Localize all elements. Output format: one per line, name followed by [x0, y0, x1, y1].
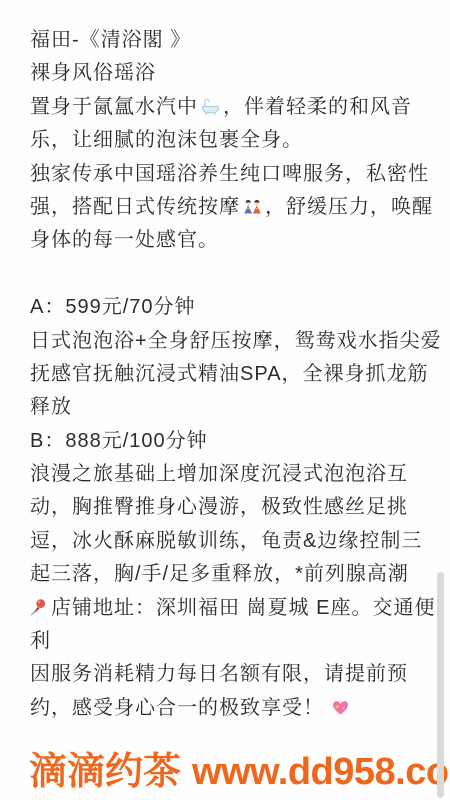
intro-line1-text-pre: 置身于氤氲水汽中 [30, 96, 198, 118]
feature-line2-text-post: ，舒缓压力，唤醒 [265, 196, 433, 218]
plan-a-desc-1: 日式泡泡浴+全身舒压按摩，鸳鸯戏水指尖爱 [30, 325, 442, 358]
plan-b-desc-1: 浪漫之旅基础上增加深度沉浸式泡泡浴互 [30, 458, 442, 491]
japanese-dolls-icon [242, 196, 263, 217]
sparkling-heart-icon [330, 697, 351, 718]
plan-b-desc-3: 逗，冰火酥麻脱敏训练，龟责&边缘控制三 [30, 525, 442, 558]
booking-line-1: 因服务消耗精力每日名额有限，请提前预 [30, 658, 442, 691]
watermark-brand: 滴滴约茶 [29, 751, 181, 793]
listing-title: 福田-《清浴閣 》 [30, 24, 442, 57]
feature-line-3: 身体的每一处感官。 [30, 224, 442, 257]
intro-line-1: 置身于氤氲水汽中 ，伴着轻柔的和风音 [30, 91, 442, 124]
address-line-1: 店铺地址：深圳福田 崗夏城 E座。交通便 [30, 592, 442, 625]
listing-text-block: 福田-《清浴閣 》 裸身风俗瑶浴 置身于氤氲水汽中 ，伴着轻柔的和风音 乐，让细… [30, 24, 442, 725]
watermark-url: www.dd958.com [192, 751, 450, 793]
scrollbar-thumb[interactable] [437, 572, 444, 798]
plan-b-desc-4: 起三落，胸/手/足多重释放，*前列腺高潮 [30, 558, 442, 591]
plan-a-desc-3: 释放 [30, 391, 442, 424]
feature-line-2: 强，搭配日式传统按摩 ，舒缓压力，唤醒 [30, 191, 442, 224]
address-line1-text: 店铺地址：深圳福田 崗夏城 E座。交通便 [51, 597, 435, 619]
feature-line2-text-pre: 强，搭配日式传统按摩 [30, 196, 240, 218]
plan-a-price: A：599元/70分钟 [30, 291, 442, 324]
booking-line2-text: 约，感受身心合一的极致享受！ [30, 697, 324, 719]
intro-line1-text-post: ，伴着轻柔的和风音 [223, 96, 412, 118]
plan-a-desc-2: 抚感官抚触沉浸式精油SPA，全裸身抓龙筋 [30, 358, 442, 391]
intro-line-2: 乐，让细腻的泡沫包裹全身。 [30, 124, 442, 157]
feature-line-1: 独家传承中国瑶浴养生纯口啤服务，私密性 [30, 158, 442, 191]
pushpin-icon [28, 597, 49, 618]
plan-b-price: B：888元/100分钟 [30, 425, 442, 458]
address-line-2: 利 [30, 625, 442, 658]
plan-b-desc-2: 动，胸推臀推身心漫游，极致性感丝足挑 [30, 491, 442, 524]
listing-subtitle: 裸身风俗瑶浴 [30, 57, 442, 90]
booking-line-2: 约，感受身心合一的极致享受！ [30, 692, 442, 725]
watermark: 滴滴约茶www.dd958.com [29, 740, 450, 795]
bathtub-icon [200, 96, 221, 117]
blank-line [30, 258, 442, 291]
listing-page: 福田-《清浴閣 》 裸身风俗瑶浴 置身于氤氲水汽中 ，伴着轻柔的和风音 乐，让细… [0, 0, 450, 800]
